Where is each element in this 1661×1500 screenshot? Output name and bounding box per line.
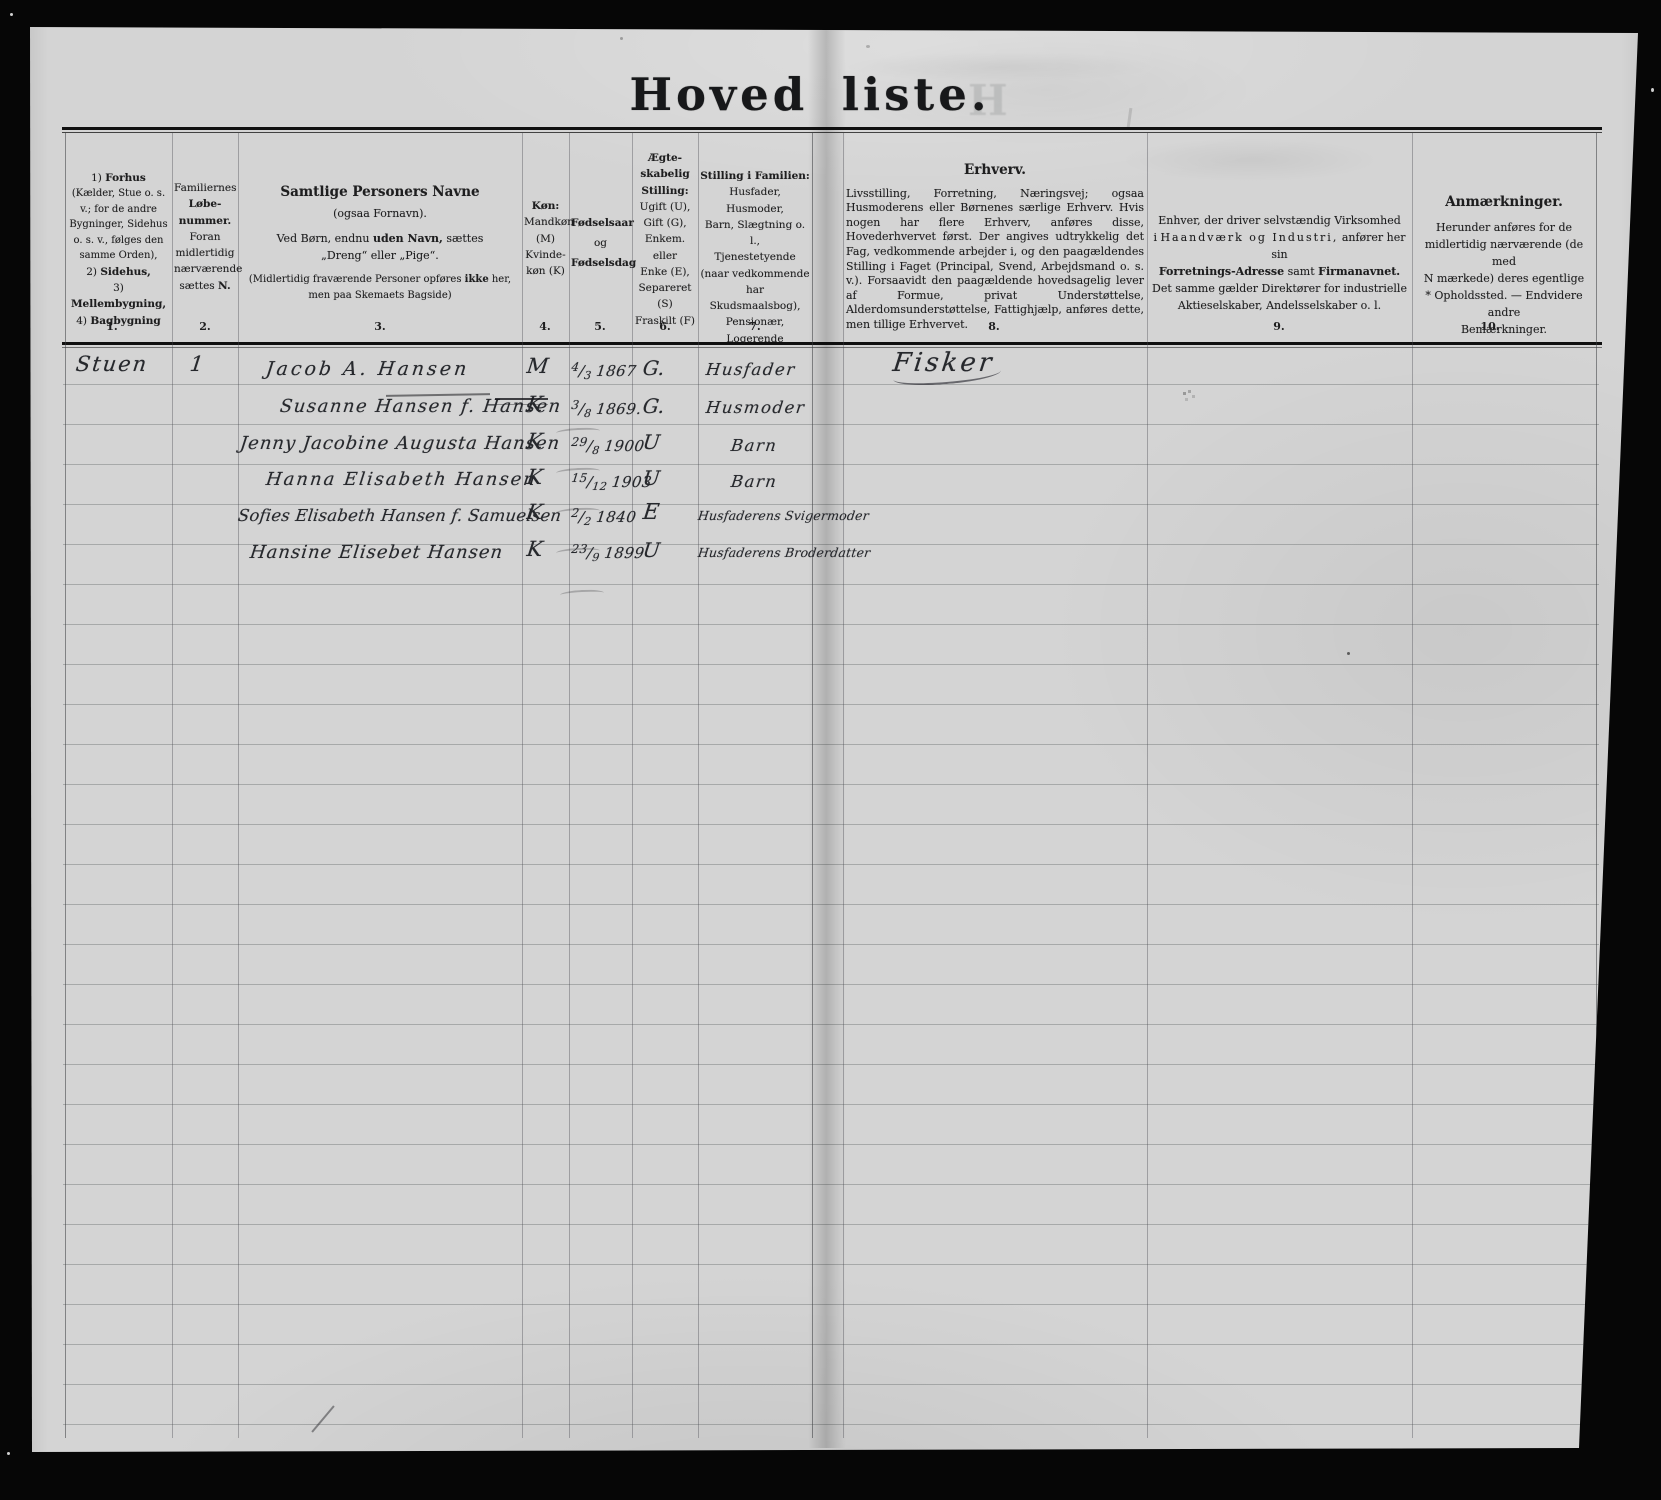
sex-entry: K bbox=[526, 429, 545, 453]
column-header-erhverv: Erhverv. Livsstilling, Forretning, Nærin… bbox=[846, 160, 1144, 332]
column-header-aegteskabelig: Ægte- skabelig Stilling: Ugift (U), Gift… bbox=[634, 150, 696, 329]
name-entry: Sofies Elisabeth Hansen f. Samuelsen bbox=[237, 506, 563, 525]
building-entry: Stuen bbox=[75, 352, 150, 376]
column-header-fodselsdag: Fødselsaar og Fødselsdag bbox=[571, 214, 630, 274]
name-entry: Hanna Elisabeth Hansen bbox=[265, 469, 539, 490]
sex-entry: K bbox=[526, 500, 545, 524]
ink-speck bbox=[1347, 652, 1350, 655]
column-header-forhus: 1) Forhus (Kælder, Stue o. s. v.; for de… bbox=[67, 170, 170, 329]
column-header-navne: Samtlige Personers Navne (ogsaa Fornavn)… bbox=[242, 182, 518, 303]
dust-speck bbox=[10, 13, 13, 16]
family-position-entry: Husfader bbox=[705, 360, 797, 379]
column-number: 8. bbox=[972, 320, 1016, 333]
column-line-6-7 bbox=[698, 133, 699, 1438]
marital-status-entry: G. bbox=[642, 356, 667, 380]
column-number: 5. bbox=[578, 320, 622, 333]
table-border-right bbox=[1596, 133, 1597, 1438]
column-number: 3. bbox=[358, 320, 402, 333]
birthdate-entry: 23/91899 bbox=[570, 542, 646, 564]
table-border-left bbox=[65, 133, 66, 1438]
column-line-4-5 bbox=[569, 133, 570, 1438]
family-position-entry: Barn bbox=[730, 436, 779, 455]
name-entry: Hansine Elisebet Hansen bbox=[249, 542, 505, 563]
family-position-entry: Husfaderens Svigermoder bbox=[697, 508, 870, 523]
marital-status-entry: G. bbox=[642, 394, 667, 418]
bleed-through-smudge bbox=[1120, 138, 1380, 182]
dust-speck bbox=[7, 1452, 10, 1455]
family-position-entry: Husmoder bbox=[705, 398, 807, 417]
column-number: 1. bbox=[90, 320, 134, 333]
column-number: 9. bbox=[1257, 320, 1301, 333]
ink-speck bbox=[620, 37, 623, 40]
dust-speck bbox=[1651, 88, 1654, 92]
marital-status-entry: U bbox=[642, 466, 662, 490]
column-number: 10. bbox=[1468, 320, 1512, 333]
column-header-anmaerkninger: Anmærkninger. Herunder anføres for de mi… bbox=[1414, 192, 1594, 338]
column-header-kon: Køn: Mandkøn (M) Kvinde- køn (K) bbox=[524, 198, 567, 279]
marital-status-entry: U bbox=[642, 430, 662, 454]
column-line-8-9 bbox=[1147, 133, 1148, 1438]
name-entry: Susanne Hansen f. Hansen bbox=[279, 396, 563, 417]
birthdate-entry: 3/81869. bbox=[570, 398, 643, 420]
bleed-through-letter: H bbox=[968, 76, 1008, 125]
column-header-lobenummer: Familiernes Løbe- nummer. Foran midlerti… bbox=[174, 180, 236, 294]
birthdate-entry: 2/21840 bbox=[570, 506, 638, 528]
sex-entry: K bbox=[526, 537, 545, 561]
column-line-2-3 bbox=[238, 133, 239, 1438]
paper-sheet: Hoved liste. H 1) Forhus (Kælder, Stue o… bbox=[0, 0, 1661, 1500]
book-fold-seam bbox=[808, 30, 846, 1448]
occupation-entry: Fisker bbox=[891, 348, 996, 378]
family-position-entry: Barn bbox=[730, 472, 779, 491]
birthdate-entry: 29/81900 bbox=[570, 435, 646, 457]
column-line-1-2 bbox=[172, 133, 173, 1438]
bleed-through-mark bbox=[1127, 108, 1133, 128]
sex-entry: K bbox=[526, 392, 545, 416]
marital-status-entry: U bbox=[642, 538, 662, 562]
column-number: 2. bbox=[183, 320, 227, 333]
column-line-9-10 bbox=[1412, 133, 1413, 1438]
column-number: 7. bbox=[733, 320, 777, 333]
name-entry: Jacob A. Hansen bbox=[265, 358, 471, 380]
scanned-census-page: Hoved liste. H 1) Forhus (Kælder, Stue o… bbox=[0, 0, 1661, 1500]
column-header-forretningsadresse: Enhver, der driver selvstændig Virksomhe… bbox=[1149, 212, 1410, 314]
birthdate-entry: 4/31867 bbox=[570, 360, 638, 382]
column-number: 6. bbox=[643, 320, 687, 333]
name-entry: Jenny Jacobine Augusta Hansen bbox=[239, 433, 562, 454]
sex-entry: M bbox=[526, 354, 550, 378]
column-number: 4. bbox=[523, 320, 567, 333]
sex-entry: K bbox=[526, 465, 545, 489]
marital-status-entry: E bbox=[641, 500, 660, 525]
ink-speck bbox=[866, 45, 870, 48]
column-line-5-6 bbox=[632, 133, 633, 1438]
family-position-entry: Husfaderens Broderdatter bbox=[697, 545, 871, 560]
